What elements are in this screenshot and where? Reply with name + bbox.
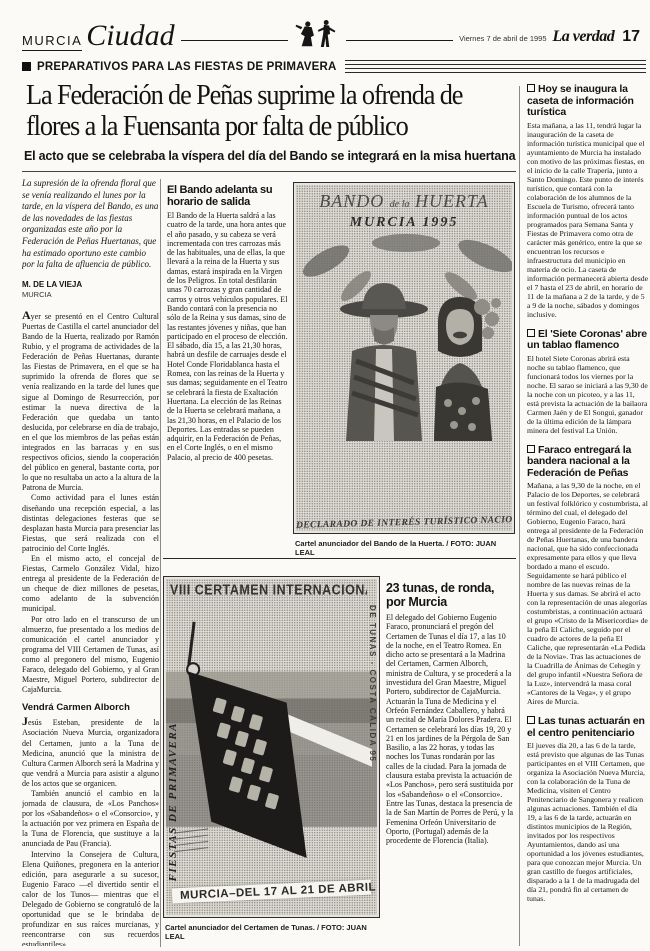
bando-photo-caption: Cartel anunciador del Bando de la Huerta… [295,539,517,557]
certamen-poster-photo: VIII CERTAMEN INTERNACIONAL [163,576,380,918]
bando-sidebar-body: El Bando de la Huerta saldrá a las cuatr… [167,211,288,462]
masthead: MURCIA Ciudad Viernes 7 de abril de 1995… [22,16,640,56]
open-square-icon [527,445,535,453]
tunas-story: 23 tunas, de ronda, por Murcia El delega… [386,582,514,946]
brief-body: El jueves día 20, a las 6 de la tarde, e… [527,741,648,903]
brief-title: Faraco entregará la bandera nacional a l… [527,445,648,480]
bando-poster-illustration [296,231,512,481]
brief-title-text: El 'Siete Coronas' abre un tablao flamen… [527,328,647,352]
lead-article-column: La supresión de la ofrenda floral que se… [22,178,159,946]
article-paragraph: También anunció el cambio en la jornada … [22,789,159,850]
headline: La Federación de Peñas suprime la ofrend… [26,80,515,142]
dateline: MURCIA [22,290,159,299]
square-bullet-icon [22,62,31,71]
masthead-left: MURCIA Ciudad [22,21,175,51]
section-title: Ciudad [86,21,174,51]
article-paragraph: Ayer se presentó en el Centro Cultural P… [22,310,159,494]
tunas-story-title: 23 tunas, de ronda, por Murcia [386,582,514,609]
brief-body: Esta mañana, a las 11, tendrá lugar la i… [527,121,648,319]
brief-title-text: Faraco entregará la bandera nacional a l… [527,444,631,479]
bando-poster-title: BANDO de la HUERTA [296,191,512,212]
subheadline-rule [22,171,516,172]
brief-item: El 'Siete Coronas' abre un tablao flamen… [527,329,648,435]
certamen-poster-right-text: DE TUNAS - COSTA CÁLIDA 95 [368,605,377,762]
kicker-label: PREPARATIVOS PARA LAS FIESTAS DE PRIMAVE… [37,61,337,73]
brief-body: Mañana, a las 9,30 de la noche, en el Pa… [527,481,648,706]
bando-poster-title-word3: HUERTA [415,191,489,211]
masthead-rule-left [181,40,288,41]
crosshead: Vendrá Carmen Alborch [22,702,159,713]
section-label: MURCIA [22,33,82,51]
brief-body: El hotel Siete Coronas abrirá esta noche… [527,354,648,435]
certamen-poster-left-text: FIESTAS DE PRIMAVERA [167,722,179,881]
standfirst: La supresión de la ofrenda floral que se… [22,178,159,271]
article-paragraph: En el mismo acto, el concejal de Fiestas… [22,554,159,615]
certamen-poster-illustration [166,599,377,889]
article-paragraph: Como actividad para el lunes están diseñ… [22,493,159,554]
byline: M. DE LA VIEJA [22,280,159,290]
certamen-poster-title: VIII CERTAMEN INTERNACIONAL [170,582,367,598]
bando-sidebar-title: El Bando adelanta su horario de salida [167,184,288,208]
article-paragraph: Jesús Esteban, presidente de la Asociaci… [22,716,159,789]
brief-title: Las tunas actuarán en el centro penitenc… [527,716,648,739]
bando-poster-subtitle: MURCIA 1995 [296,215,512,231]
brief-item: Las tunas actuarán en el centro penitenc… [527,716,648,903]
brief-title: El 'Siete Coronas' abre un tablao flamen… [527,329,648,352]
brief-item: Faraco entregará la bandera nacional a l… [527,445,648,707]
certamen-photo-caption: Cartel anunciador del Certamen de Tunas.… [165,923,382,941]
kicker: PREPARATIVOS PARA LAS FIESTAS DE PRIMAVE… [22,60,646,73]
masthead-right: Viernes 7 de abril de 1995 La verdad 17 [459,28,640,46]
bando-sidebar: El Bando adelanta su horario de salida E… [167,184,288,540]
open-square-icon [527,84,535,92]
brief-item: Hoy se inaugura la caseta de información… [527,84,648,319]
newspaper-name: La verdad [553,28,615,46]
bando-poster-art: BANDO de la HUERTA MURCIA 1995 [296,185,512,531]
article-paragraph: Intervino la Consejera de Cultura, Elena… [22,850,159,946]
page-number: 17 [622,28,640,46]
kicker-rule-lines [345,60,646,73]
issue-date: Viernes 7 de abril de 1995 [459,34,546,43]
open-square-icon [527,329,535,337]
masthead-rule-right [346,40,453,41]
tunas-story-body: El delegado del Gobierno Eugenio Faraco,… [386,613,514,845]
brief-title-text: Las tunas actuarán en el centro penitenc… [527,715,645,739]
bando-poster-title-word1: BANDO [319,191,384,211]
brief-title-text: Hoy se inaugura la caseta de información… [527,84,634,118]
subheadline: El acto que se celebraba la víspera del … [24,149,524,163]
bando-poster-footer: DECLARADO DE INTERÉS TURÍSTICO NACIONAL [296,515,512,531]
article-paragraph: Por otro lado en el transcurso de un alm… [22,615,159,696]
column-rule-right [519,86,520,946]
briefs-column: Hoy se inaugura la caseta de información… [527,84,648,948]
bando-poster-photo: BANDO de la HUERTA MURCIA 1995 [293,182,515,534]
column-rule-left [160,179,161,947]
section-separator-rule [163,558,516,559]
open-square-icon [527,716,535,724]
newspaper-page: MURCIA Ciudad Viernes 7 de abril de 1995… [0,0,650,951]
bando-poster-title-word2: de la [390,199,410,210]
brief-title: Hoy se inaugura la caseta de información… [527,84,648,119]
dancers-icon [294,16,340,52]
certamen-poster-art: VIII CERTAMEN INTERNACIONAL [166,579,377,915]
